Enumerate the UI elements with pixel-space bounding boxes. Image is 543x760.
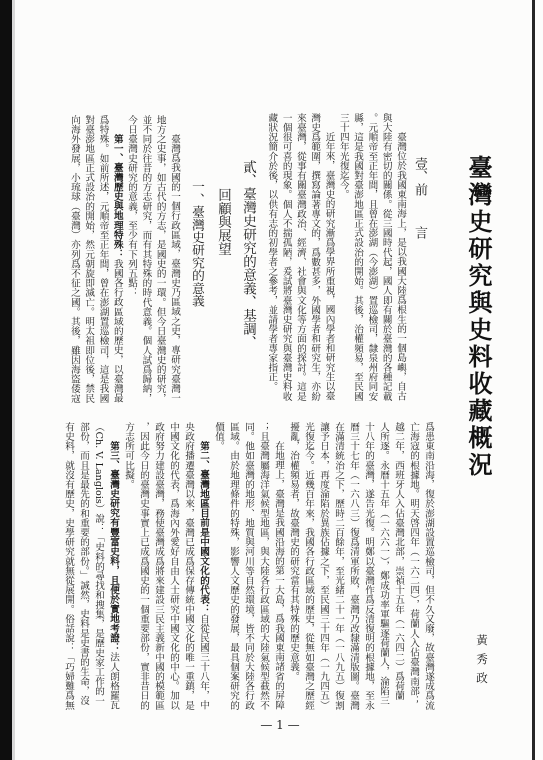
text-column: 擾亂，治權頻易者，故臺灣史的研究當有其特殊的歷史意義。	[286, 422, 301, 710]
text-column: 政府努力建設臺灣，務使臺灣成爲將來建設三民主義新中國的模範區	[151, 422, 166, 710]
text-column: 藏狀況簡介於後，以供有志的初學者之參考，並請學者專家指正。	[264, 113, 278, 401]
section-number: 壹、	[412, 157, 427, 183]
subsection-body-lower: 爲患東南沿海，復於澎湖設置巡檢司，但不久又廢，故臺灣遂成爲流 亡海寇的根據地。明…	[61, 422, 436, 710]
text-column: 一個很可喜的現象。個人不揣孤陋，爰試將臺灣史研究與臺灣史料收	[278, 113, 292, 401]
text-column: 同。他如臺灣的地形、地質與河川等自然環境，皆不同於大陸各行政	[241, 422, 256, 710]
section-heading-2-line-1: 貳、臺灣史研究的意義、基調、	[240, 160, 256, 349]
text-column: 並不同於往昔的方志研究，而有其特殊的時代意義。個人試爲歸納，	[138, 115, 152, 403]
text-column: 來臺灣，從事有關臺灣政治、經濟、社會與文化等方面的探討。這是	[293, 113, 307, 401]
text-column: 。元順帝至正年間，且曾在澎湖（今澎湖）置巡檢司，隸泉州府同安	[364, 113, 378, 401]
text-column: 臺灣位於我國東南海上，是以我國大陸爲根生的一個島嶼，自古	[393, 113, 407, 401]
text-column: 向海外發展，小琉球（臺灣）亦列爲不征之國。其後，雖因海盜倭寇	[67, 115, 81, 403]
text-column: 有史料，就沒有歷史，史學研究就無從展開。俗話說：「巧婦難爲無	[61, 422, 76, 710]
text-column: 在地理上，臺灣是我國沿海的第一大島，爲我國東南諸省的屏障	[271, 422, 286, 710]
text-column: 在滿清統治之下，歷時二百餘年，至光緒二十一年（一八九五）復割	[331, 422, 346, 710]
text-column: 光復迄今。近幾百年來，我國各行政區域的歷史，從無如臺灣之歷經	[301, 422, 316, 710]
point-text: 我國各行政區域的歷史，以臺灣最	[112, 259, 123, 403]
text-column: 爲患東南沿海，復於澎湖設置巡檢司，但不久又廢，故臺灣遂成爲流	[421, 422, 436, 710]
text-column: 亡海寇的根據地。明天啓四年（一六二四），荷蘭人入佔臺灣南部；	[406, 422, 421, 710]
text-column: 今日臺灣史研究的意義，至少有下列五點：	[124, 115, 138, 403]
section-heading-preface: 壹、前言	[411, 157, 427, 269]
scan-edge-left	[0, 0, 12, 760]
text-column: ，因此今日的臺灣史事實上已成爲國史的一個重要部份，實非昔日的	[136, 422, 151, 710]
text-column: 部份，而且是最先的和重要的部份。」誠然，史料是史書的生命，沒	[76, 422, 91, 710]
text-column: 第一、臺灣歷史與地理特殊：我國各行政區域的歷史，以臺灣最	[110, 115, 124, 403]
text-column: 十八年的臺灣，遂告光復。明鄭以臺灣作爲反清復明的根據地，至永	[361, 422, 376, 710]
text-column: 方志所可比擬。	[121, 422, 136, 710]
page-number: — 1 —	[250, 718, 310, 732]
text-column: 三十四年光復迄今。	[336, 113, 350, 401]
text-column: 灣史爲範圍，撰寫論著專文的，爲數甚多，外國學者和研究生，亦紛	[307, 113, 321, 401]
text-column: 區域。由於地理條件的特殊，影響人文歷史的發展，最具個案研究的	[226, 422, 241, 710]
section-title: 前言	[412, 183, 427, 269]
point-text: 自從民國三十八年，中	[198, 614, 209, 710]
scan-edge-shadow	[12, 0, 15, 760]
text-column: ；且臺灣屬海洋氣候型地區，與大陸各行政區域的大陸氣候型截然不	[256, 422, 271, 710]
scan-edge-right	[532, 0, 535, 760]
subsection-body-upper: 臺灣爲我國的一個行政區域，臺灣史乃區域之史，專研究臺灣一 地方之史事，如古代的方…	[67, 115, 181, 403]
text-column: 與大陸有密切的關係。從三國時代起，國人即有關於臺灣的各種記載	[378, 113, 392, 401]
text-column: 越二年，西班牙人入佔臺灣北部，崇禎十五年（一六四二）爲荷蘭	[391, 422, 406, 710]
text-column: 爲特殊。如前所述，元順帝至正年間，曾在澎湖置巡檢司，這是我國	[95, 115, 109, 403]
document-page: 臺灣史研究與史料收藏概況 黃秀政 壹、前言 臺灣位於我國東南海上，是以我國大陸爲…	[0, 0, 543, 760]
point-text: 法人朗格羅瓦	[108, 652, 119, 710]
text-column: 第三、臺灣史研究有豐富史料，且便於實地考證：法人朗格羅瓦	[106, 422, 121, 710]
section-heading-2-line-2: 回顧與展望	[215, 188, 231, 256]
text-column: 對臺澎地區正式設治的開始，然元朝旋即滅亡。明太祖即位後，禁民	[81, 115, 95, 403]
text-column: 中國文化的代表，爲海內外愛好自由人士研究中國文化的中心。加以	[166, 422, 181, 710]
preface-body: 臺灣位於我國東南海上，是以我國大陸爲根生的一個島嶼，自古 與大陸有密切的關係。從…	[264, 113, 407, 401]
text-column: 讓予日本，再度淪陷於異族佔據之下，至民國三十四年（一九四五）	[316, 422, 331, 710]
author-name: 黃秀政	[475, 634, 489, 691]
text-column: 地方之史事，如古代的方志，是國史的一環。但今日臺灣史的研究，	[152, 115, 166, 403]
article-title: 臺灣史研究與史料收藏概況	[463, 155, 493, 479]
point-heading: 第一、臺灣歷史與地理特殊：	[112, 134, 123, 259]
text-column: 央政府播遷臺灣以來，臺灣已成爲保存傳統中國文化的唯一重鎮，是	[181, 422, 196, 710]
subsection-heading: 一、臺灣史研究的意義	[190, 180, 205, 307]
text-column: 臺灣爲我國的一個行政區域，臺灣史乃區域之史，專研究臺灣一	[167, 115, 181, 403]
text-column: 近年來，臺灣史的研究漸爲學界所重視，國內學者和研究生以臺	[321, 113, 335, 401]
text-column: 價值。	[211, 422, 226, 710]
point-heading: 第二、臺灣地區目前是中國文化的代表：	[198, 441, 209, 614]
text-column: 縣，這是我國對臺澎地區正式設治的開始。其後，治權頻易，至民國	[350, 113, 364, 401]
text-column: 曆三十七年（一六八三）復爲清軍所敗，臺灣乃改隸滿清版圖。臺灣	[346, 422, 361, 710]
point-heading: 第三、臺灣史研究有豐富史料，且便於實地考證：	[108, 441, 119, 652]
text-column: 第二、臺灣地區目前是中國文化的代表：自從民國三十八年，中	[196, 422, 211, 710]
text-column: （Ch. V. Langlois）說：「史料的尋找和搜集，是歷史家工作的一	[91, 422, 106, 710]
text-column: 人所逐。永曆十五年（一六六一），鄭成功率軍驅逐荷蘭人，淪陷三	[376, 422, 391, 710]
